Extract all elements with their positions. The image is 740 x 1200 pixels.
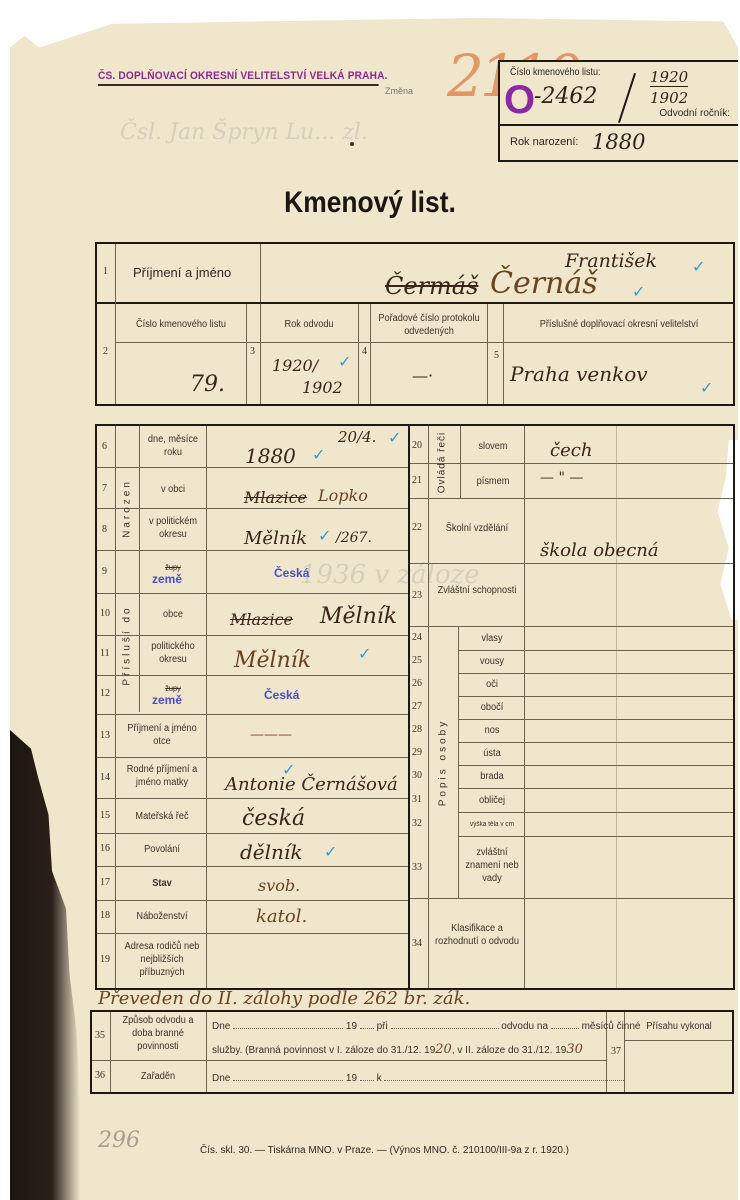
check-mark-icon: ✓ xyxy=(318,526,331,545)
row-number: 6 xyxy=(102,441,107,452)
row-label-stamp: země xyxy=(152,572,182,586)
row-number: 29 xyxy=(412,747,422,758)
check-mark-icon: ✓ xyxy=(358,644,371,663)
birth-year: 1880 xyxy=(592,130,645,154)
country-stamp: Česká xyxy=(264,688,299,702)
marital-status: svob. xyxy=(258,876,300,895)
divider xyxy=(410,898,733,899)
row-label: Zařaděn xyxy=(114,1070,202,1083)
row-number: 23 xyxy=(412,590,422,601)
conscription-year-label: Odvodní ročník: xyxy=(659,108,730,119)
id-box: Číslo kmenového listu: O -2462 1920 1902… xyxy=(498,60,738,162)
row-number: 12 xyxy=(100,688,110,699)
row-label: Náboženství xyxy=(122,910,203,923)
recruit-year-bottom: 1902 xyxy=(302,378,343,397)
divider xyxy=(97,798,408,799)
row-label: obce xyxy=(143,608,204,621)
belongs-municipality: Mělník xyxy=(320,604,397,629)
row-label: v politickém okresu xyxy=(143,515,204,541)
list-number-label: Číslo kmenového listu: xyxy=(510,67,601,78)
recruit-year-top: 1920/ xyxy=(272,356,318,375)
group-label-belongs: Přísluší do xyxy=(122,601,133,691)
divider xyxy=(410,626,733,627)
divider xyxy=(97,550,408,551)
row-number: 19 xyxy=(100,954,110,965)
group-label-description: Popis osoby xyxy=(438,713,449,813)
ink-dot xyxy=(350,142,354,146)
divider xyxy=(503,304,504,404)
row-number: 1 xyxy=(103,266,108,277)
row-label: Způsob odvodu a doba branné povinnosti xyxy=(114,1014,202,1053)
row-number: 35 xyxy=(95,1030,105,1041)
row-number: 15 xyxy=(100,810,110,821)
mother-name: Antonie Černášová xyxy=(225,774,398,795)
divider xyxy=(115,244,116,404)
divider xyxy=(97,714,408,715)
slash-divider xyxy=(618,73,636,123)
row-label: Povolání xyxy=(122,843,203,856)
pencil-note: 296 xyxy=(98,1128,140,1153)
conscription-year-bottom: 1902 xyxy=(650,89,688,107)
divider xyxy=(458,673,733,674)
cell-label: Příslušné doplňovací okresní velitelství xyxy=(514,318,724,331)
divider xyxy=(458,650,733,651)
religion: katol. xyxy=(256,906,307,927)
divider xyxy=(524,426,525,988)
divider xyxy=(97,866,408,867)
row-number: 34 xyxy=(412,938,422,949)
row-number: 9 xyxy=(102,566,107,577)
first-name: František xyxy=(565,250,657,272)
divider xyxy=(92,1060,606,1061)
row-number: 27 xyxy=(412,701,422,712)
birth-date-year: 1880 xyxy=(245,444,296,468)
divider xyxy=(97,757,408,758)
row-number: 5 xyxy=(494,350,499,361)
divider xyxy=(206,426,207,988)
check-mark-icon: ✓ xyxy=(312,445,325,464)
row-label: ústa xyxy=(463,747,522,760)
row-number: 36 xyxy=(95,1070,105,1081)
divider xyxy=(97,900,408,901)
row-number: 4 xyxy=(362,346,367,357)
list-number-value: 79. xyxy=(190,372,225,397)
check-mark-icon: ✓ xyxy=(632,282,645,301)
country-stamp: Česká xyxy=(274,566,309,580)
surname-struck: Čermáš xyxy=(385,272,478,300)
row-label: Školní vzdělání xyxy=(434,522,520,535)
divider xyxy=(458,765,733,766)
row-label: politického okresu xyxy=(143,640,204,666)
row-number: 24 xyxy=(412,632,422,643)
row-number: 13 xyxy=(100,730,110,741)
row-number: 11 xyxy=(100,648,110,659)
row-number: 31 xyxy=(412,794,422,805)
row-number: 2 xyxy=(103,346,108,357)
divider xyxy=(410,463,733,464)
check-mark-icon: ✓ xyxy=(338,352,351,371)
group-label-languages: Ovládá řeči xyxy=(437,423,448,503)
divider xyxy=(97,593,408,594)
row-label: obličej xyxy=(463,794,522,807)
row-label: vlasy xyxy=(463,632,522,645)
divider xyxy=(97,933,408,934)
occupation: dělník xyxy=(240,840,302,864)
row-label: Mateřská řeč xyxy=(122,810,203,823)
printer-imprint: Čís. skl. 30. — Tiskárna MNO. v Praze. —… xyxy=(200,1145,569,1156)
row-label: Adresa rodičů neb nejbližších příbuzných xyxy=(122,940,203,979)
written-language: — " — xyxy=(540,470,583,486)
cell-label: Pořadové číslo protokolu odvedených xyxy=(377,312,482,338)
protocol-number-value: —· xyxy=(412,366,433,385)
row-label: Klasifikace a rozhodnutí o odvodu xyxy=(434,922,520,948)
assignment-line: Dne 19 k xyxy=(212,1073,624,1084)
row-label-stamp: země xyxy=(152,693,182,707)
district-command-value: Praha venkov xyxy=(510,362,648,386)
divider xyxy=(410,563,733,564)
row-label: v obci xyxy=(143,483,204,496)
check-mark-icon: ✓ xyxy=(282,760,295,779)
birth-place-struck: Mlazice xyxy=(244,488,307,507)
father-name-dash: ——— xyxy=(250,727,292,743)
check-mark-icon: ✓ xyxy=(388,428,401,447)
mother-tongue: česká xyxy=(242,806,305,831)
divider xyxy=(358,304,359,404)
first-reserve-year: 20 xyxy=(435,1042,452,1057)
transfer-note: Převeden do II. zálohy podle 262 br. zák… xyxy=(98,988,470,1009)
divider xyxy=(246,304,247,404)
divider xyxy=(458,626,459,898)
divider xyxy=(460,426,461,498)
row-label: nos xyxy=(463,724,522,737)
divider xyxy=(624,1040,732,1041)
row-number: 3 xyxy=(250,346,255,357)
conscription-line-2: služby. (Branná povinnost v I. záloze do… xyxy=(212,1042,583,1057)
row-label: výška těla v cm xyxy=(461,820,524,829)
row-label: obočí xyxy=(463,701,522,714)
divider xyxy=(139,426,140,712)
o-stamp: O xyxy=(504,80,535,120)
divider xyxy=(458,719,733,720)
education: škola obecná xyxy=(540,540,659,561)
divider xyxy=(115,342,733,343)
row-number: 7 xyxy=(102,483,107,494)
divider xyxy=(458,836,733,837)
divider xyxy=(260,304,261,404)
row-label: slovem xyxy=(464,440,521,453)
divider xyxy=(97,508,408,509)
row-label: písmem xyxy=(464,475,521,488)
divider xyxy=(97,635,408,636)
row-number: 30 xyxy=(412,770,422,781)
birth-year-label: Rok narození: xyxy=(510,136,578,148)
group-label-born: Narozen xyxy=(122,474,133,544)
row-number: 26 xyxy=(412,678,422,689)
divider xyxy=(458,696,733,697)
divider xyxy=(260,244,261,302)
row-label: dne, měsíce roku xyxy=(143,433,204,459)
row-number: 21 xyxy=(412,475,422,486)
row-number: 10 xyxy=(100,608,110,619)
row-label: oči xyxy=(463,678,522,691)
row-number: 37 xyxy=(611,1046,621,1057)
birth-district-extra: /267. xyxy=(336,530,372,546)
row-number: 20 xyxy=(412,440,422,451)
row-label: Rodné příjmení a jméno matky xyxy=(122,763,203,789)
bleed-through-text: Čsl. Jan Špryn Lu... zl. xyxy=(120,120,368,145)
row-number: 25 xyxy=(412,655,422,666)
divider xyxy=(487,304,488,404)
row-label: brada xyxy=(463,770,522,783)
divider xyxy=(410,498,733,499)
divider xyxy=(97,675,408,676)
birth-district: Mělník xyxy=(244,528,307,549)
page-title: Kmenový list. xyxy=(44,186,695,220)
belongs-district: Mělník xyxy=(234,648,311,673)
list-number: -2462 xyxy=(534,84,597,109)
divider xyxy=(458,788,733,789)
divider xyxy=(616,426,617,988)
office-stamp: ČS. DOPLŇOVACÍ OKRESNÍ VELITELSTVÍ VELKÁ… xyxy=(98,70,379,86)
row-number: 28 xyxy=(412,724,422,735)
row-label: zvláštní znamení neb vady xyxy=(463,846,522,885)
check-mark-icon: ✓ xyxy=(700,378,713,397)
divider xyxy=(408,426,410,988)
conscription-line-1: Dne 19 při odvodu na měsíců činné xyxy=(212,1021,641,1032)
oath-label: Přísahu vykonal xyxy=(630,1020,728,1033)
check-mark-icon: ✓ xyxy=(692,257,705,276)
spoken-language: čech xyxy=(550,440,592,461)
row-label: vousy xyxy=(463,655,522,668)
row-label: Stav xyxy=(122,877,203,890)
cell-label: Rok odvodu xyxy=(266,318,352,331)
row-number: 32 xyxy=(412,818,422,829)
birth-place: Lopko xyxy=(318,486,368,505)
row-number: 22 xyxy=(412,522,422,533)
row-number: 17 xyxy=(100,877,110,888)
row-label: Zvláštní schopnosti xyxy=(434,584,520,597)
cell-label: Číslo kmenového listu xyxy=(123,318,239,331)
row-label: Příjmení a jméno otce xyxy=(122,722,203,748)
check-mark-icon: ✓ xyxy=(324,842,337,861)
name-label: Příjmení a jméno xyxy=(133,265,231,280)
divider xyxy=(370,304,371,404)
divider xyxy=(206,1012,207,1092)
row-number: 16 xyxy=(100,843,110,854)
conscription-year-top: 1920 xyxy=(650,68,688,87)
divider xyxy=(458,812,733,813)
row-number: 8 xyxy=(102,524,107,535)
divider xyxy=(95,302,735,304)
divider xyxy=(115,426,116,988)
zmena-label: Změna xyxy=(385,86,413,96)
divider xyxy=(97,833,408,834)
divider xyxy=(458,742,733,743)
divider xyxy=(110,1012,111,1092)
divider xyxy=(428,426,429,988)
birth-date-day: 20/4. xyxy=(338,428,376,446)
second-reserve-year: 30 xyxy=(566,1042,583,1057)
row-number: 33 xyxy=(412,862,422,873)
belongs-municipality-struck: Mlazice xyxy=(230,610,293,629)
row-number: 14 xyxy=(100,772,110,783)
row-number: 18 xyxy=(100,910,110,921)
